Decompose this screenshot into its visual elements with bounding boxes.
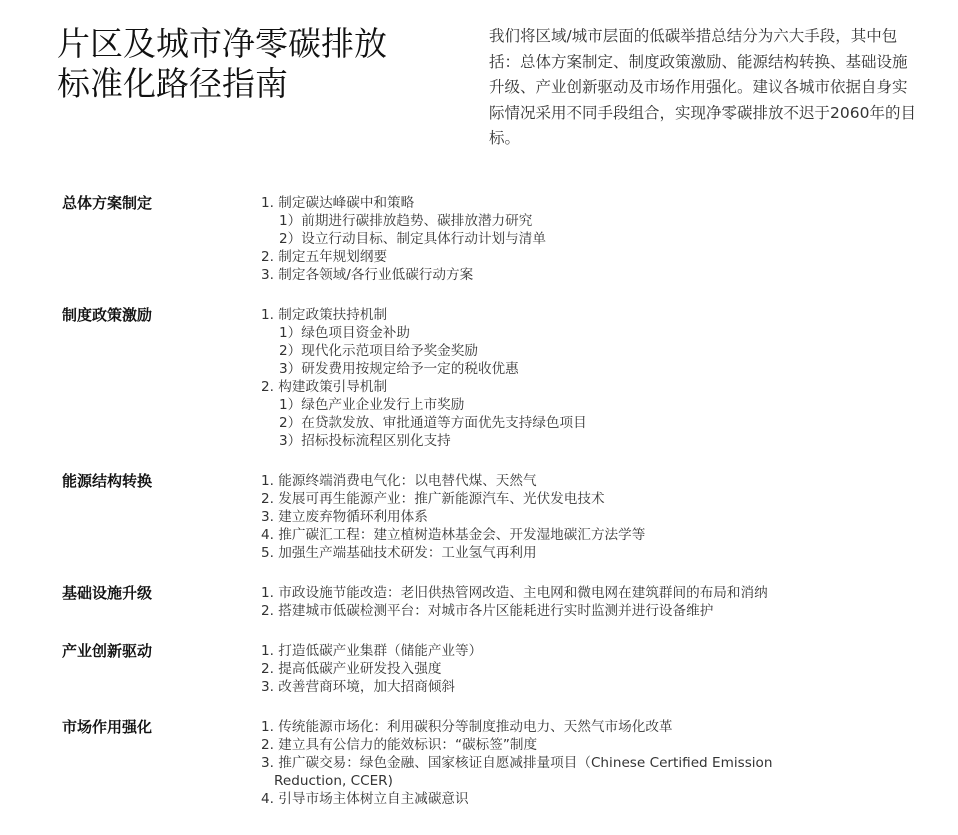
section-items: 1. 能源终端消费电气化：以电替代煤、天然气 2. 发展可再生能源产业：推广新能… <box>261 472 861 562</box>
list-item: 1. 传统能源市场化：利用碳积分等制度推动电力、天然气市场化改革 <box>261 718 861 736</box>
list-item: 2. 搭建城市低碳检测平台：对城市各片区能耗进行实时监测并进行设备维护 <box>261 602 861 620</box>
list-subitem: 1）前期进行碳排放趋势、碳排放潜力研究 <box>261 212 861 230</box>
list-item: 2. 建立具有公信力的能效标识：“碳标签”制度 <box>261 736 861 754</box>
list-subitem: 3）研发费用按规定给予一定的税收优惠 <box>261 360 861 378</box>
list-item: 3. 改善营商环境，加大招商倾斜 <box>261 678 861 696</box>
section-items: 1. 制定碳达峰碳中和策略 1）前期进行碳排放趋势、碳排放潜力研究 2）设立行动… <box>261 194 861 284</box>
intro-paragraph: 我们将区域/城市层面的低碳举措总结分为六大手段，其中包括：总体方案制定、制度政策… <box>489 24 919 152</box>
page-title: 片区及城市净零碳排放 标准化路径指南 <box>57 24 457 104</box>
list-item: 2. 制定五年规划纲要 <box>261 248 861 266</box>
list-subitem: 1）绿色项目资金补助 <box>261 324 861 342</box>
list-item: 1. 打造低碳产业集群（储能产业等） <box>261 642 861 660</box>
list-subitem: 2）在贷款发放、审批通道等方面优先支持绿色项目 <box>261 414 861 432</box>
list-item: 2. 提高低碳产业研发投入强度 <box>261 660 861 678</box>
section-label: 基础设施升级 <box>62 584 242 602</box>
section-label: 市场作用强化 <box>62 718 242 736</box>
list-item: 2. 发展可再生能源产业：推广新能源汽车、光伏发电技术 <box>261 490 861 508</box>
list-item: 3. 推广碳交易：绿色金融、国家核证自愿减排量项目（Chinese Certif… <box>261 754 834 790</box>
list-subitem: 2）现代化示范项目给予奖金奖励 <box>261 342 861 360</box>
page-title-line-1: 片区及城市净零碳排放 <box>57 24 457 64</box>
list-item: 3. 建立废弃物循环利用体系 <box>261 508 861 526</box>
list-item: 2. 构建政策引导机制 <box>261 378 861 396</box>
page-title-line-2: 标准化路径指南 <box>57 64 457 104</box>
list-subitem: 2）设立行动目标、制定具体行动计划与清单 <box>261 230 861 248</box>
list-item: 4. 引导市场主体树立自主减碳意识 <box>261 790 861 808</box>
section-items: 1. 打造低碳产业集群（储能产业等） 2. 提高低碳产业研发投入强度 3. 改善… <box>261 642 861 696</box>
list-subitem: 1）绿色产业企业发行上市奖励 <box>261 396 861 414</box>
section-items: 1. 传统能源市场化：利用碳积分等制度推动电力、天然气市场化改革 2. 建立具有… <box>261 718 861 808</box>
section-items: 1. 制定政策扶持机制 1）绿色项目资金补助 2）现代化示范项目给予奖金奖励 3… <box>261 306 861 450</box>
section-label: 能源结构转换 <box>62 472 242 490</box>
list-item: 1. 能源终端消费电气化：以电替代煤、天然气 <box>261 472 861 490</box>
section-label: 制度政策激励 <box>62 306 242 324</box>
list-item: 3. 制定各领域/各行业低碳行动方案 <box>261 266 861 284</box>
section-label: 产业创新驱动 <box>62 642 242 660</box>
list-item: 5. 加强生产端基础技术研发：工业氢气再利用 <box>261 544 861 562</box>
section-label: 总体方案制定 <box>62 194 242 212</box>
section-items: 1. 市政设施节能改造：老旧供热管网改造、主电网和微电网在建筑群间的布局和消纳 … <box>261 584 861 620</box>
list-item: 1. 制定碳达峰碳中和策略 <box>261 194 861 212</box>
list-item: 1. 市政设施节能改造：老旧供热管网改造、主电网和微电网在建筑群间的布局和消纳 <box>261 584 861 602</box>
list-item: 4. 推广碳汇工程：建立植树造林基金会、开发湿地碳汇方法学等 <box>261 526 861 544</box>
list-subitem: 3）招标投标流程区别化支持 <box>261 432 861 450</box>
list-item: 1. 制定政策扶持机制 <box>261 306 861 324</box>
